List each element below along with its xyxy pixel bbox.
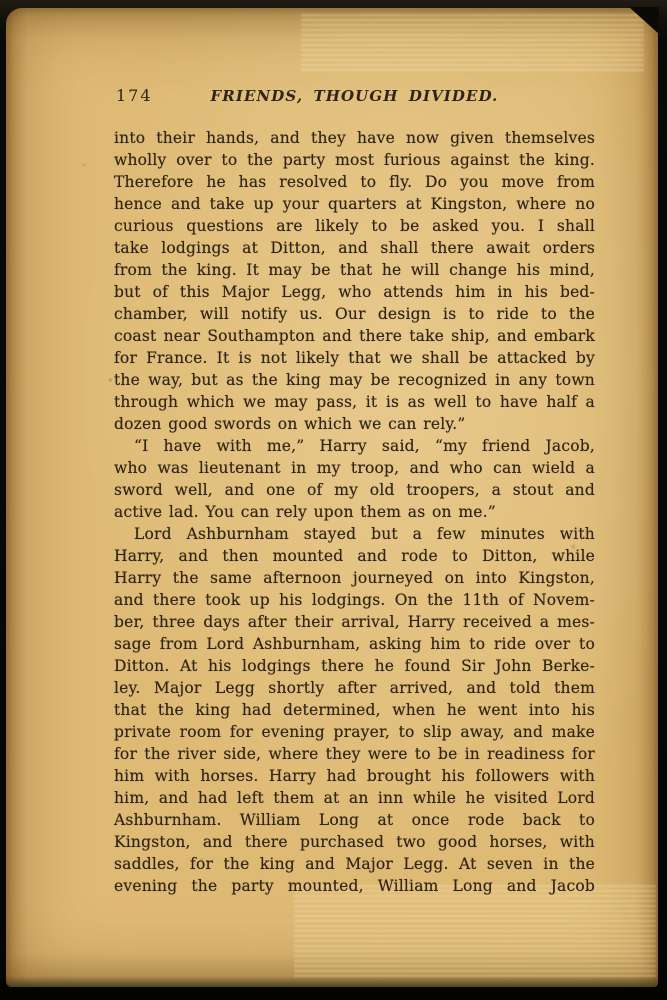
text-line: evening the party mounted, William Long … [114, 875, 595, 897]
scan-glare-bottom [294, 885, 656, 977]
text-line: Ditton. At his lodgings there he found S… [114, 655, 595, 677]
text-line: hence and take up your quarters at Kings… [114, 193, 595, 215]
text-line: take lodgings at Ditton, and shall there… [114, 237, 595, 259]
text-line: “I have with me,” Harry said, “my friend… [114, 435, 595, 457]
text-line: ber, three days after their arrival, Har… [114, 611, 595, 633]
text-line: wholly over to the party most furious ag… [114, 149, 595, 171]
page-corner-shadow [629, 7, 659, 34]
text-line: who was lieutenant in my troop, and who … [114, 457, 595, 479]
text-line: chamber, will notify us. Our design is t… [114, 303, 595, 325]
text-line: Ashburnham. William Long at once rode ba… [114, 809, 595, 831]
text-line: sage from Lord Ashburnham, asking him to… [114, 633, 595, 655]
text-line: him with horses. Harry had brought his f… [114, 765, 595, 787]
text-line: through which we may pass, it is as well… [114, 391, 595, 413]
text-line: and there took up his lodgings. On the 1… [114, 589, 595, 611]
text-line: Harry, and then mounted and rode to Ditt… [114, 545, 595, 567]
page-text: into their hands, and they have now give… [114, 127, 595, 897]
text-line: dozen good swords on which we can rely.” [114, 413, 595, 435]
text-line: saddles, for the king and Major Legg. At… [114, 853, 595, 875]
scan-glare-top [301, 14, 644, 72]
book-page: 174 FRIENDS, THOUGH DIVIDED. into their … [6, 8, 658, 987]
text-line: curious questions are likely to be asked… [114, 215, 595, 237]
text-line: coast near Southampton and there take sh… [114, 325, 595, 347]
page-header: 174 FRIENDS, THOUGH DIVIDED. [114, 86, 595, 108]
text-line: but of this Major Legg, who attends him … [114, 281, 595, 303]
text-line: into their hands, and they have now give… [114, 127, 595, 149]
scanned-book-page: 174 FRIENDS, THOUGH DIVIDED. into their … [0, 0, 667, 1000]
text-line: private room for evening prayer, to slip… [114, 721, 595, 743]
text-line: him, and had left them at an inn while h… [114, 787, 595, 809]
text-line: from the king. It may be that he will ch… [114, 259, 595, 281]
text-line: that the king had determined, when he we… [114, 699, 595, 721]
text-line: active lad. You can rely upon them as on… [114, 501, 595, 523]
text-line: the way, but as the king may be recogniz… [114, 369, 595, 391]
text-line: Harry the same afternoon journeyed on in… [114, 567, 595, 589]
text-line: for France. It is not likely that we sha… [114, 347, 595, 369]
text-line: Lord Ashburnham stayed but a few minutes… [114, 523, 595, 545]
running-title: FRIENDS, THOUGH DIVIDED. [211, 87, 499, 105]
text-line: for the river side, where they were to b… [114, 743, 595, 765]
text-line: Therefore he has resolved to fly. Do you… [114, 171, 595, 193]
page-number: 174 [116, 86, 153, 105]
text-line: Kingston, and there purchased two good h… [114, 831, 595, 853]
text-line: sword well, and one of my old troopers, … [114, 479, 595, 501]
text-line: ley. Major Legg shortly after arrived, a… [114, 677, 595, 699]
